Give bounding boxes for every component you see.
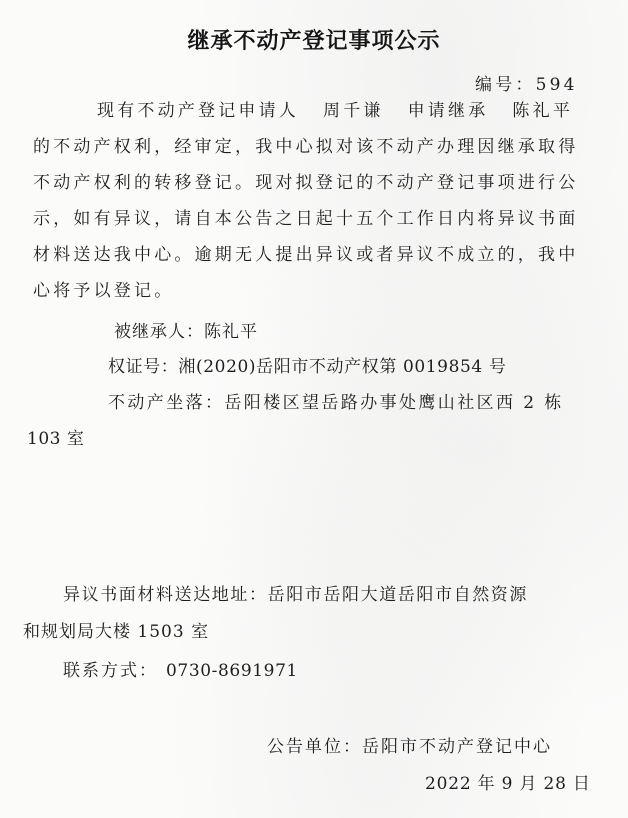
document-title: 继承不动产登记事项公示 (0, 24, 628, 55)
objection-address-cont: 和规划局大楼 1503 室 (23, 617, 209, 642)
location-row-cont: 103 室 (27, 424, 84, 449)
certificate-row: 权证号：湘(2020)岳阳市不动产权第 0019854 号 (108, 352, 506, 377)
address-label: 异议书面材料送达地址： (63, 585, 268, 605)
intro-line: 现有不动产登记申请人周千谦申请继承陈礼平 (97, 96, 573, 121)
location-label: 不动产坐落： (108, 393, 224, 413)
body-line: 的不动产权利，经审定，我中心拟对该不动产办理因继承取得 (33, 132, 578, 157)
contact-value: 0730-8691971 (166, 661, 298, 681)
decedent-row: 被继承人：陈礼平 (114, 317, 258, 342)
decedent-value: 陈礼平 (204, 322, 258, 342)
body-line: 材料送达我中心。逾期无人提出异议或者异议不成立的，我中 (33, 240, 578, 265)
objection-address-row: 异议书面材料送达地址：岳阳市岳阳大道岳阳市自然资源 (63, 580, 528, 605)
contact-row: 联系方式：0730-8691971 (63, 656, 298, 681)
applicant-name: 周千谦 (323, 101, 384, 121)
issuer-label: 公告单位： (267, 737, 362, 757)
document-page: 继承不动产登记事项公示 编号：594 现有不动产登记申请人周千谦申请继承陈礼平 … (0, 0, 628, 818)
decedent-name: 陈礼平 (512, 101, 573, 121)
decedent-label: 被继承人： (114, 322, 204, 342)
intro-mid: 申请继承 (408, 101, 489, 121)
serial-value: 594 (536, 75, 578, 95)
body-line: 示，如有异议，请自本公告之日起十五个工作日内将异议书面 (33, 204, 578, 229)
certificate-value: 湘(2020)岳阳市不动产权第 0019854 号 (178, 357, 506, 377)
location-row: 不动产坐落：岳阳楼区望岳路办事处鹰山社区西 2 栋 (108, 388, 564, 413)
issue-date: 2022 年 9 月 28 日 (425, 769, 591, 794)
address-value: 岳阳市岳阳大道岳阳市自然资源 (268, 585, 528, 605)
serial-number: 编号：594 (475, 70, 578, 95)
issuer-row: 公告单位：岳阳市不动产登记中心 (267, 732, 552, 757)
body-line: 心将予以登记。 (33, 276, 174, 301)
serial-label: 编号： (475, 75, 536, 95)
body-line: 不动产权利的转移登记。现对拟登记的不动产登记事项进行公 (33, 168, 578, 193)
location-value: 岳阳楼区望岳路办事处鹰山社区西 2 栋 (224, 393, 563, 413)
issuer-value: 岳阳市不动产登记中心 (362, 737, 552, 757)
intro-prefix: 现有不动产登记申请人 (97, 101, 299, 121)
certificate-label: 权证号： (108, 357, 178, 377)
contact-label: 联系方式： (63, 661, 158, 681)
